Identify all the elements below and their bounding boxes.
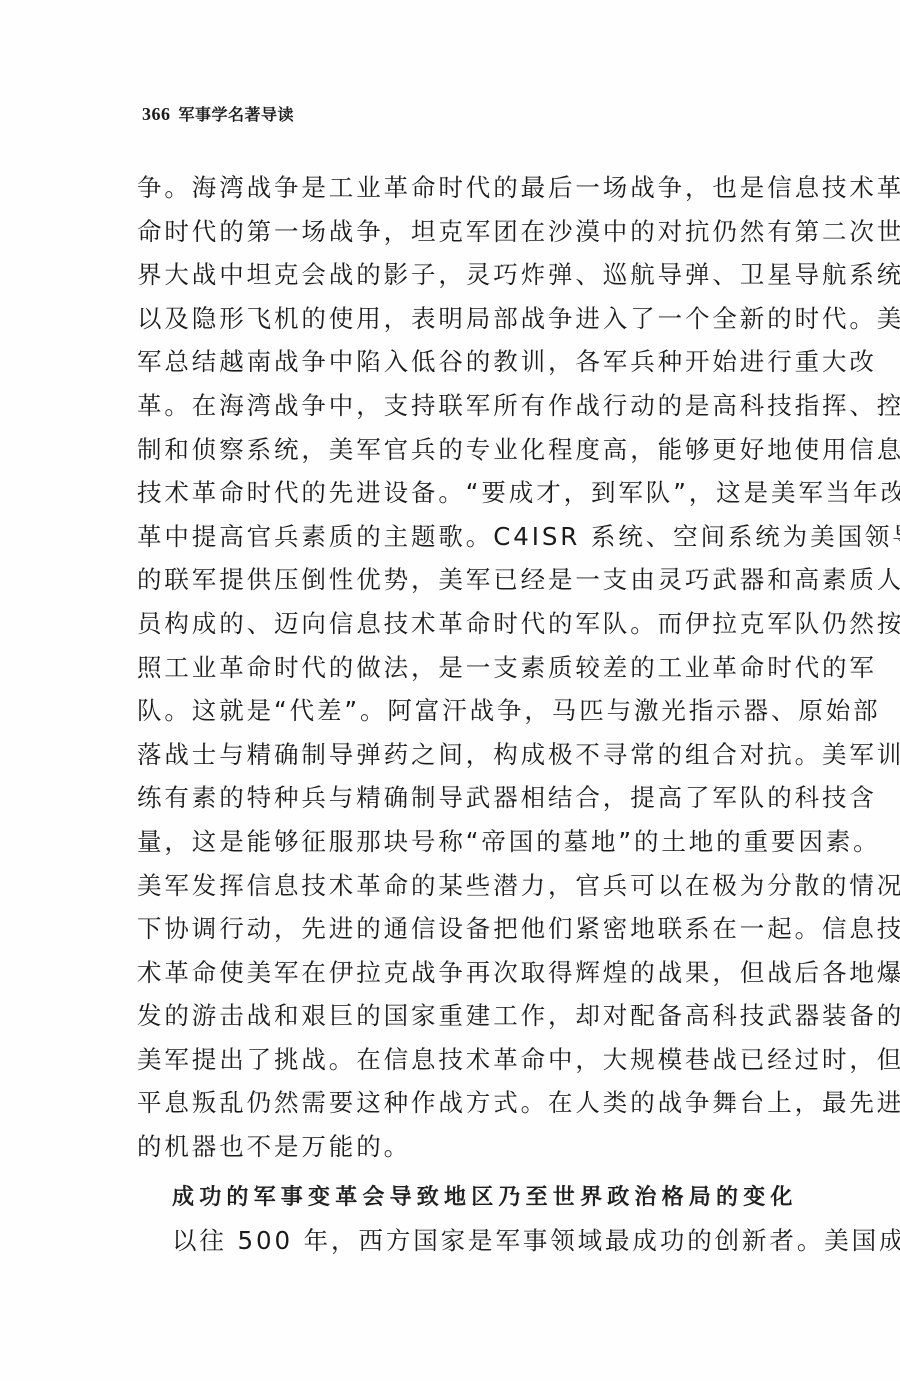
text-line: 平息叛乱仍然需要这种作战方式。在人类的战争舞台上，最先进 [137, 1081, 769, 1125]
text-line: 命时代的第一场战争，坦克军团在沙漠中的对抗仍然有第二次世 [137, 210, 769, 254]
text-line: 练有素的特种兵与精确制导武器相结合，提高了军队的科技含 [137, 776, 769, 820]
section-heading: 成功的军事变革会导致地区乃至世界政治格局的变化 [172, 1175, 798, 1219]
text-line: 落战士与精确制导弹药之间，构成极不寻常的组合对抗。美军训 [137, 733, 769, 777]
book-page: 366军事学名著导读 争。海湾战争是工业革命时代的最后一场战争，也是信息技术革 … [0, 0, 900, 1381]
section-paragraph: 以往 500 年，西方国家是军事领域最成功的创新者。美国成 [172, 1219, 769, 1263]
text-line: 争。海湾战争是工业革命时代的最后一场战争，也是信息技术革 [137, 166, 769, 210]
text-line: 美军发挥信息技术革命的某些潜力，官兵可以在极为分散的情况 [137, 864, 769, 908]
page-number: 366 [142, 104, 171, 124]
text-line: 量，这是能够征服那块号称“帝国的墓地”的土地的重要因素。 [137, 820, 769, 864]
text-line: 以及隐形飞机的使用，表明局部战争进入了一个全新的时代。美 [137, 297, 769, 341]
text-line: 革中提高官兵素质的主题歌。C4ISR 系统、空间系统为美国领导 [137, 515, 769, 559]
text-line: 以往 500 年，西方国家是军事领域最成功的创新者。美国成 [172, 1219, 769, 1263]
body-paragraph: 争。海湾战争是工业革命时代的最后一场战争，也是信息技术革 命时代的第一场战争，坦… [137, 166, 769, 1169]
text-line: 军总结越南战争中陷入低谷的教训，各军兵种开始进行重大改 [137, 340, 769, 384]
text-line: 照工业革命时代的做法，是一支素质较差的工业革命时代的军 [137, 646, 769, 690]
text-line: 员构成的、迈向信息技术革命时代的军队。而伊拉克军队仍然按 [137, 602, 769, 646]
book-title: 军事学名著导读 [179, 105, 295, 124]
text-line: 队。这就是“代差”。阿富汗战争，马匹与激光指示器、原始部 [137, 689, 769, 733]
text-line: 制和侦察系统，美军官兵的专业化程度高，能够更好地使用信息 [137, 428, 769, 472]
text-line: 的联军提供压倒性优势，美军已经是一支由灵巧武器和高素质人 [137, 558, 769, 602]
text-line: 界大战中坦克会战的影子，灵巧炸弹、巡航导弹、卫星导航系统 [137, 253, 769, 297]
text-line: 术革命使美军在伊拉克战争再次取得辉煌的战果，但战后各地爆 [137, 951, 769, 995]
text-line: 美军提出了挑战。在信息技术革命中，大规模巷战已经过时，但 [137, 1038, 769, 1082]
text-line: 发的游击战和艰巨的国家重建工作，却对配备高科技武器装备的 [137, 994, 769, 1038]
text-line-last: 的机器也不是万能的。 [137, 1125, 769, 1169]
running-header: 366军事学名著导读 [142, 102, 294, 125]
text-line: 技术革命时代的先进设备。“要成才，到军队”，这是美军当年改 [137, 471, 769, 515]
text-line: 下协调行动，先进的通信设备把他们紧密地联系在一起。信息技 [137, 907, 769, 951]
text-line: 革。在海湾战争中，支持联军所有作战行动的是高科技指挥、控 [137, 384, 769, 428]
